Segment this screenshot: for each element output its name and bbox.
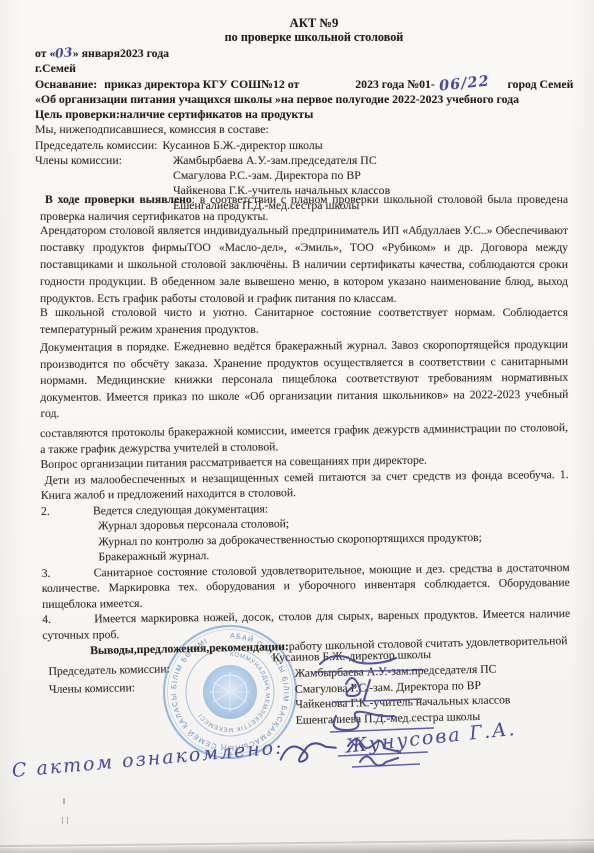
member-name: Смагулова Р.С.-зам. Директора по ВР: [173, 168, 580, 183]
document-meta-block: от «03» января2023 года г.Семей Оснавани…: [35, 45, 580, 213]
document-title: АКТ №9: [34, 16, 594, 30]
date-prefix: от «: [35, 46, 55, 60]
handwritten-day: 03: [55, 44, 74, 61]
members-line: Члены комиссии:Жамбырбаева А.У.-зам.пред…: [35, 153, 580, 168]
findings-paragraph: В ходе проверки выявлено: в соответствии…: [40, 192, 568, 226]
scan-speck: [62, 817, 68, 824]
signature-underline: [314, 670, 424, 672]
intro-line: Мы, нижеподписавшиеся, комиссия в состав…: [35, 122, 580, 137]
documentation-paragraph: Документация в порядке. Ежедневно ведётс…: [40, 337, 568, 423]
signature-stroke: [346, 678, 370, 700]
date-line: от «03» января2023 года: [35, 45, 580, 61]
list-item-3-number: 3.: [42, 565, 94, 581]
date-suffix: » января2023 года: [73, 46, 169, 60]
basis-text: приказ директора КГУ СОШ№12 от: [104, 77, 299, 91]
list-item-3-text: Санитарное состояние столовой удовлетвор…: [42, 561, 570, 611]
signature-chair-label: Председатель комиссии:: [48, 662, 170, 678]
conclusion-label: Выводы,предложения,рекомендации:: [90, 640, 289, 657]
signature-members-label: Члены комиссии:: [49, 681, 135, 696]
members-label: Члены комиссии:: [35, 153, 173, 168]
city-line: г.Семей: [35, 61, 580, 76]
basis-year-number: 2023 года №01-: [355, 77, 435, 91]
list-item-3: 3.Санитарное состояние столовой удовлетв…: [42, 560, 570, 612]
signature-stroke: [279, 741, 336, 764]
chair-line: Председатель комиссии:Кусаинов Б.Ж.-дире…: [35, 138, 580, 153]
basis-line: Оснавание:приказ директора КГУ СОШ№12 от…: [35, 76, 580, 92]
basis-line-2: «Об организации питания учащихся школы »…: [35, 92, 580, 107]
basis-city: город Семей: [507, 77, 573, 91]
lower-text-block: составляются протоколы бракеражной комис…: [40, 420, 570, 643]
document-subtitle: по проверке школьной столовой: [34, 30, 594, 45]
member-name: Жамбырбаева А.У.-зам.председателя ПС: [173, 153, 377, 167]
document-header: АКТ №9 по проверке школьной столовой: [0, 16, 594, 45]
scan-speck: [63, 798, 65, 804]
chair-name: Кусаинов Б.Ж.-директор школы: [162, 138, 322, 152]
list-item-2-number: 2.: [41, 503, 93, 519]
chair-label: Председатель комиссии:: [35, 138, 157, 152]
handwritten-order-number: 06/22: [438, 74, 490, 94]
signature-stroke: [320, 656, 396, 664]
findings-label: В ходе проверки выявлено: [45, 193, 192, 206]
list-item-2-text: Ведется следующая документация:: [93, 502, 268, 517]
signature-underline: [332, 699, 422, 702]
sanitary-paragraph: В школьной столовой чисто и уютно. Санит…: [40, 304, 568, 338]
list-item-4-number: 4.: [42, 611, 94, 627]
vendor-paragraph: Арендатором столовой является индивидуал…: [40, 222, 568, 307]
purpose-line: Цель проверки:наличие сертификатов на пр…: [35, 107, 580, 122]
basis-label: Оснавание:: [35, 77, 97, 91]
scanned-act-document: АКТ №9 по проверке школьной столовой от …: [0, 0, 594, 853]
signature-underline: [352, 764, 420, 767]
